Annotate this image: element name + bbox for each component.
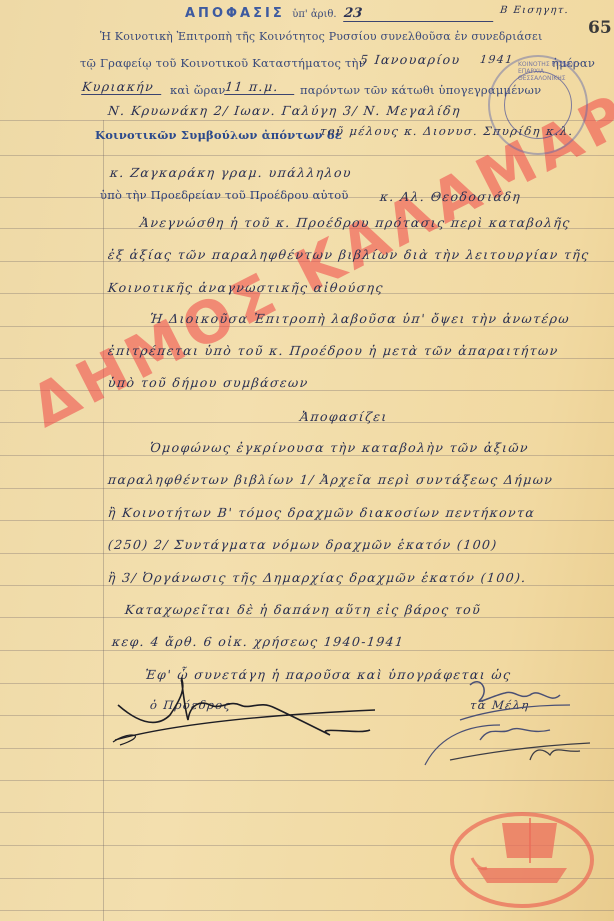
ruled-line [0,780,614,781]
heading-suffix: ὑπ' ἀριθ. [292,9,336,20]
present-members: Ν. Κρυωνάκη 2/ Ιωαν. Γαλύγη 3/ Ν. Μεγαλί… [107,103,462,118]
resolution-line-3: ἢ Κοινοτήτων Β' τόμος δραχμῶν διακοσίων … [107,505,536,520]
meeting-day: Κυριακήν [81,79,163,95]
ship-logo-stamp [447,808,597,908]
ruled-line [0,326,614,327]
decision-heading: ΑΠΟΦΑΣΙΣ ὑπ' ἀριθ. 23 [185,6,494,22]
printed-absent-label: Κοινοτικῶν Συμβούλων ἀπόντων δὲ [95,128,342,142]
member-signatures [420,665,610,770]
resolution-line-4: (250) 2/ Συντάγματα νόμων δραχμῶν ἑκατόν… [107,537,498,552]
seal-text: ΚΟΙΝΟΤΗΣ ΡΥΣΣΙΟΥ · ΕΠΑΡΧΙΑ ΘΕΣΣΑΛΟΝΙΚΗΣ [518,61,586,82]
top-right-note: Β Εισηγητ. [499,5,569,16]
resolution-line-1: Ὁμοφώνως ἐγκρίνουσα τὴν καταβολὴν τῶν ἀξ… [149,440,530,455]
resolution-line-6: Καταχωρεῖται δὲ ἡ δαπάνη αὕτη εἰς βάρος … [124,602,482,617]
meeting-time: 11 π.μ. [224,79,296,95]
ruled-line [0,585,614,586]
body-line-4: Ἡ Διοικοῦσα Ἐπιτροπὴ λαβοῦσα ὑπ' ὄψει τὴ… [149,311,571,326]
ruled-line [0,553,614,554]
printed-line-1: Ἡ Κοινοτικὴ Ἐπιτροπὴ τῆς Κοινότητος Ρυσσ… [100,30,542,43]
body-line-6: ὑπὸ τοῦ δήμου συμβάσεων [107,375,309,390]
president-name: κ. Αλ. Θεοδοσιάδη [379,189,522,204]
ruled-line [0,910,614,911]
ruled-line [0,617,614,618]
ruled-line [0,520,614,521]
printed-line-2: τῷ Γραφείῳ τοῦ Κοινοτικοῦ Καταστήματος τ… [80,56,366,70]
decision-word: Ἀποφασίζει [299,409,388,424]
meeting-date: 5 Ιανουαρίου [359,52,461,67]
ruled-line [0,488,614,489]
body-line-5: ἐπιτρέπεται ὑπὸ τοῦ κ. Προέδρου ἡ μετὰ τ… [107,343,559,358]
document-page: ΔΗΜΟΣ ΚΑΛΑΜΑΡΙΑΣ ΑΠΟΦΑΣΙΣ ὑπ' ἀριθ. 23 Β… [0,0,614,921]
president-signature [110,650,380,750]
margin-line [103,120,104,921]
printed-time-label: καὶ ὥραν [170,83,226,97]
heading-title: ΑΠΟΦΑΣΙΣ [185,6,285,21]
ruled-line [0,455,614,456]
resolution-line-5: ἢ 3/ Ὀργάνωσις τῆς Δημαρχίας δραχμῶν ἑκα… [107,570,527,585]
resolution-line-2: παραληφθέντων βιβλίων 1/ Ἀρχεῖα περὶ συν… [107,472,554,487]
body-line-1: Ἀνεγνώσθη ἡ τοῦ κ. Προέδρου πρότασις περ… [139,215,571,230]
printed-presidency-label: ὑπὸ τὴν Προεδρείαν τοῦ Προέδρου αὐτοῦ [100,188,349,202]
secretary-line: κ. Ζαγκαράκη γραμ. υπάλληλου [109,165,353,180]
decision-number: 23 [343,6,495,22]
official-seal: ΚΟΙΝΟΤΗΣ ΡΥΣΣΙΟΥ · ΕΠΑΡΧΙΑ ΘΕΣΣΑΛΟΝΙΚΗΣ [488,55,588,155]
body-line-3: Κοινοτικῆς ἀναγνωστικῆς αἰθούσης [107,280,385,295]
body-line-2: ἐξ ἀξίας τῶν παραληφθέντων βιβλίων διὰ τ… [107,247,590,262]
resolution-line-7: κεφ. 4 ἄρθ. 6 οἰκ. χρήσεως 1940-1941 [111,634,405,649]
page-number: 65 [588,18,612,38]
